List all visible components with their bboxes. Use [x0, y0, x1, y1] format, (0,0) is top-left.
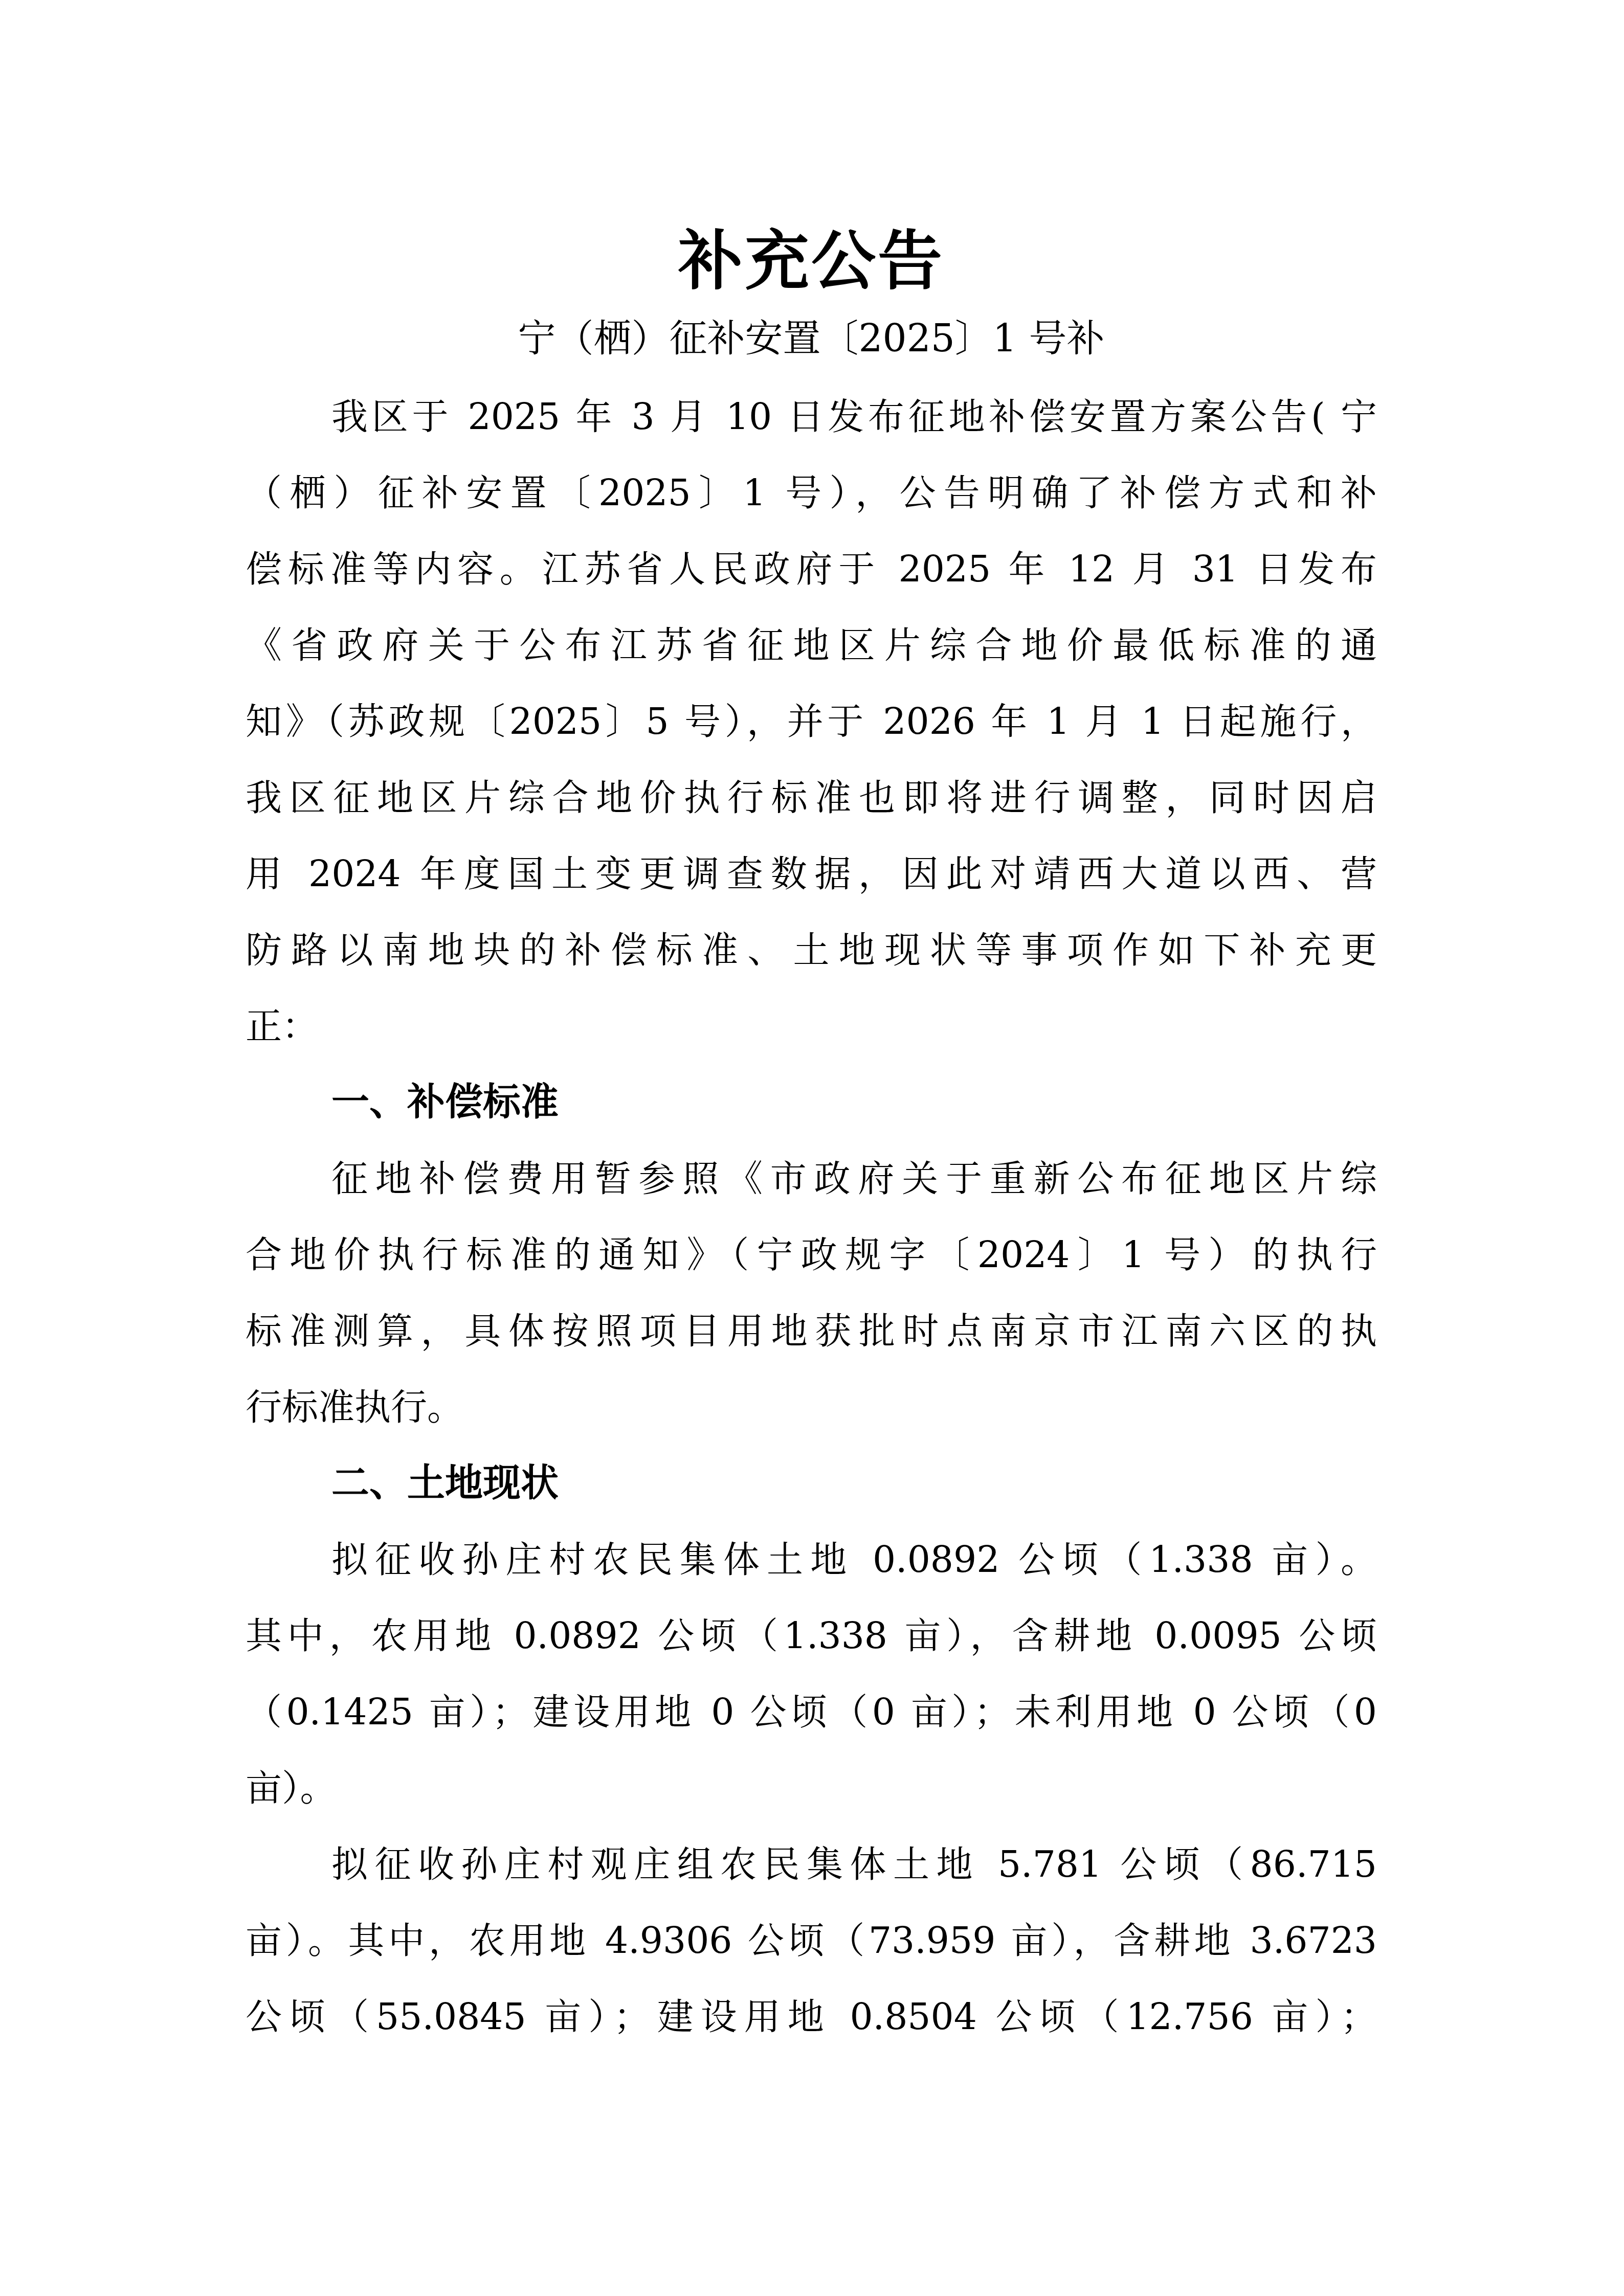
paragraph-1-line-8: 防路以南地块的补偿标准、土地现状等事项作如下补充更	[246, 912, 1377, 988]
paragraph-3-line-4: 亩）。	[246, 1750, 1377, 1826]
paragraph-1-line-2: （栖）征补安置〔2025〕1 号），公告明确了补偿方式和补	[246, 455, 1377, 531]
paragraph-2-line-1: 征地补偿费用暂参照《市政府关于重新公布征地区片综	[246, 1140, 1377, 1217]
paragraph-4-line-1: 拟征收孙庄村观庄组农民集体土地 5.781 公顷（86.715	[246, 1826, 1377, 1902]
heading-compensation-standard: 一、补偿标准	[246, 1064, 1377, 1140]
document-text-column: 补充公告 宁（栖）征补安置〔2025〕1 号补 我区于 2025 年 3 月 1…	[246, 222, 1377, 2055]
paragraph-1-line-3: 偿标准等内容。江苏省人民政府于 2025 年 12 月 31 日发布	[246, 531, 1377, 607]
paragraph-1-line-9: 正：	[246, 988, 1377, 1064]
paragraph-3-line-2: 其中，农用地 0.0892 公顷（1.338 亩），含耕地 0.0095 公顷	[246, 1597, 1377, 1674]
paragraph-1-line-5: 知》（苏政规〔2025〕5 号），并于 2026 年 1 月 1 日起施行，	[246, 683, 1377, 759]
document-page: 补充公告 宁（栖）征补安置〔2025〕1 号补 我区于 2025 年 3 月 1…	[0, 0, 1624, 2296]
paragraph-4-line-3: 公顷（55.0845 亩）；建设用地 0.8504 公顷（12.756 亩）；	[246, 1978, 1377, 2055]
paragraph-4-line-2: 亩）。其中，农用地 4.9306 公顷（73.959 亩），含耕地 3.6723	[246, 1902, 1377, 1978]
paragraph-3-line-1: 拟征收孙庄村农民集体土地 0.0892 公顷（1.338 亩）。	[246, 1521, 1377, 1597]
paragraph-1-line-7: 用 2024 年度国土变更调查数据，因此对靖西大道以西、营	[246, 836, 1377, 912]
paragraph-2-line-2: 合地价执行标准的通知》（宁政规字〔2024〕1 号）的执行	[246, 1217, 1377, 1293]
paragraph-2-line-3: 标准测算，具体按照项目用地获批时点南京市江南六区的执	[246, 1293, 1377, 1369]
heading-land-status: 二、土地现状	[246, 1445, 1377, 1521]
paragraph-1-line-4: 《省政府关于公布江苏省征地区片综合地价最低标准的通	[246, 607, 1377, 683]
paragraph-1-line-1: 我区于 2025 年 3 月 10 日发布征地补偿安置方案公告( 宁	[246, 378, 1377, 455]
paragraph-3-line-3: （0.1425 亩）；建设用地 0 公顷（0 亩）；未利用地 0 公顷（0	[246, 1674, 1377, 1750]
document-number: 宁（栖）征补安置〔2025〕1 号补	[246, 299, 1377, 378]
document-title: 补充公告	[246, 222, 1377, 299]
paragraph-2-line-4: 行标准执行。	[246, 1369, 1377, 1445]
paragraph-1-line-6: 我区征地区片综合地价执行标准也即将进行调整，同时因启	[246, 759, 1377, 836]
